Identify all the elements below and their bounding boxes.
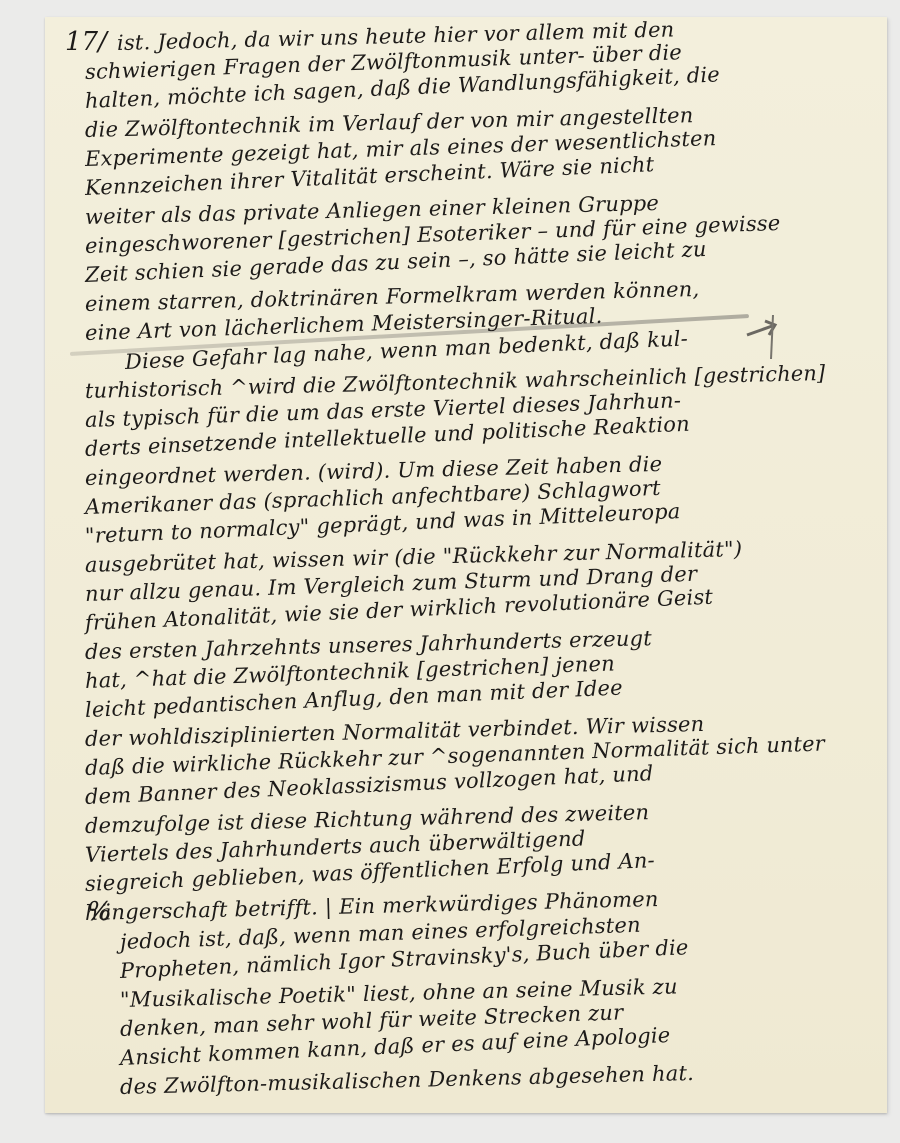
manuscript-page: 17/ % ist. Jedoch, da wir uns heute hier…: [45, 17, 887, 1113]
text-line: des Zwölfton-musikalischen Denkens abges…: [120, 1061, 695, 1099]
pencil-arrow-icon: [745, 313, 785, 361]
page-number: 17/: [65, 27, 107, 57]
